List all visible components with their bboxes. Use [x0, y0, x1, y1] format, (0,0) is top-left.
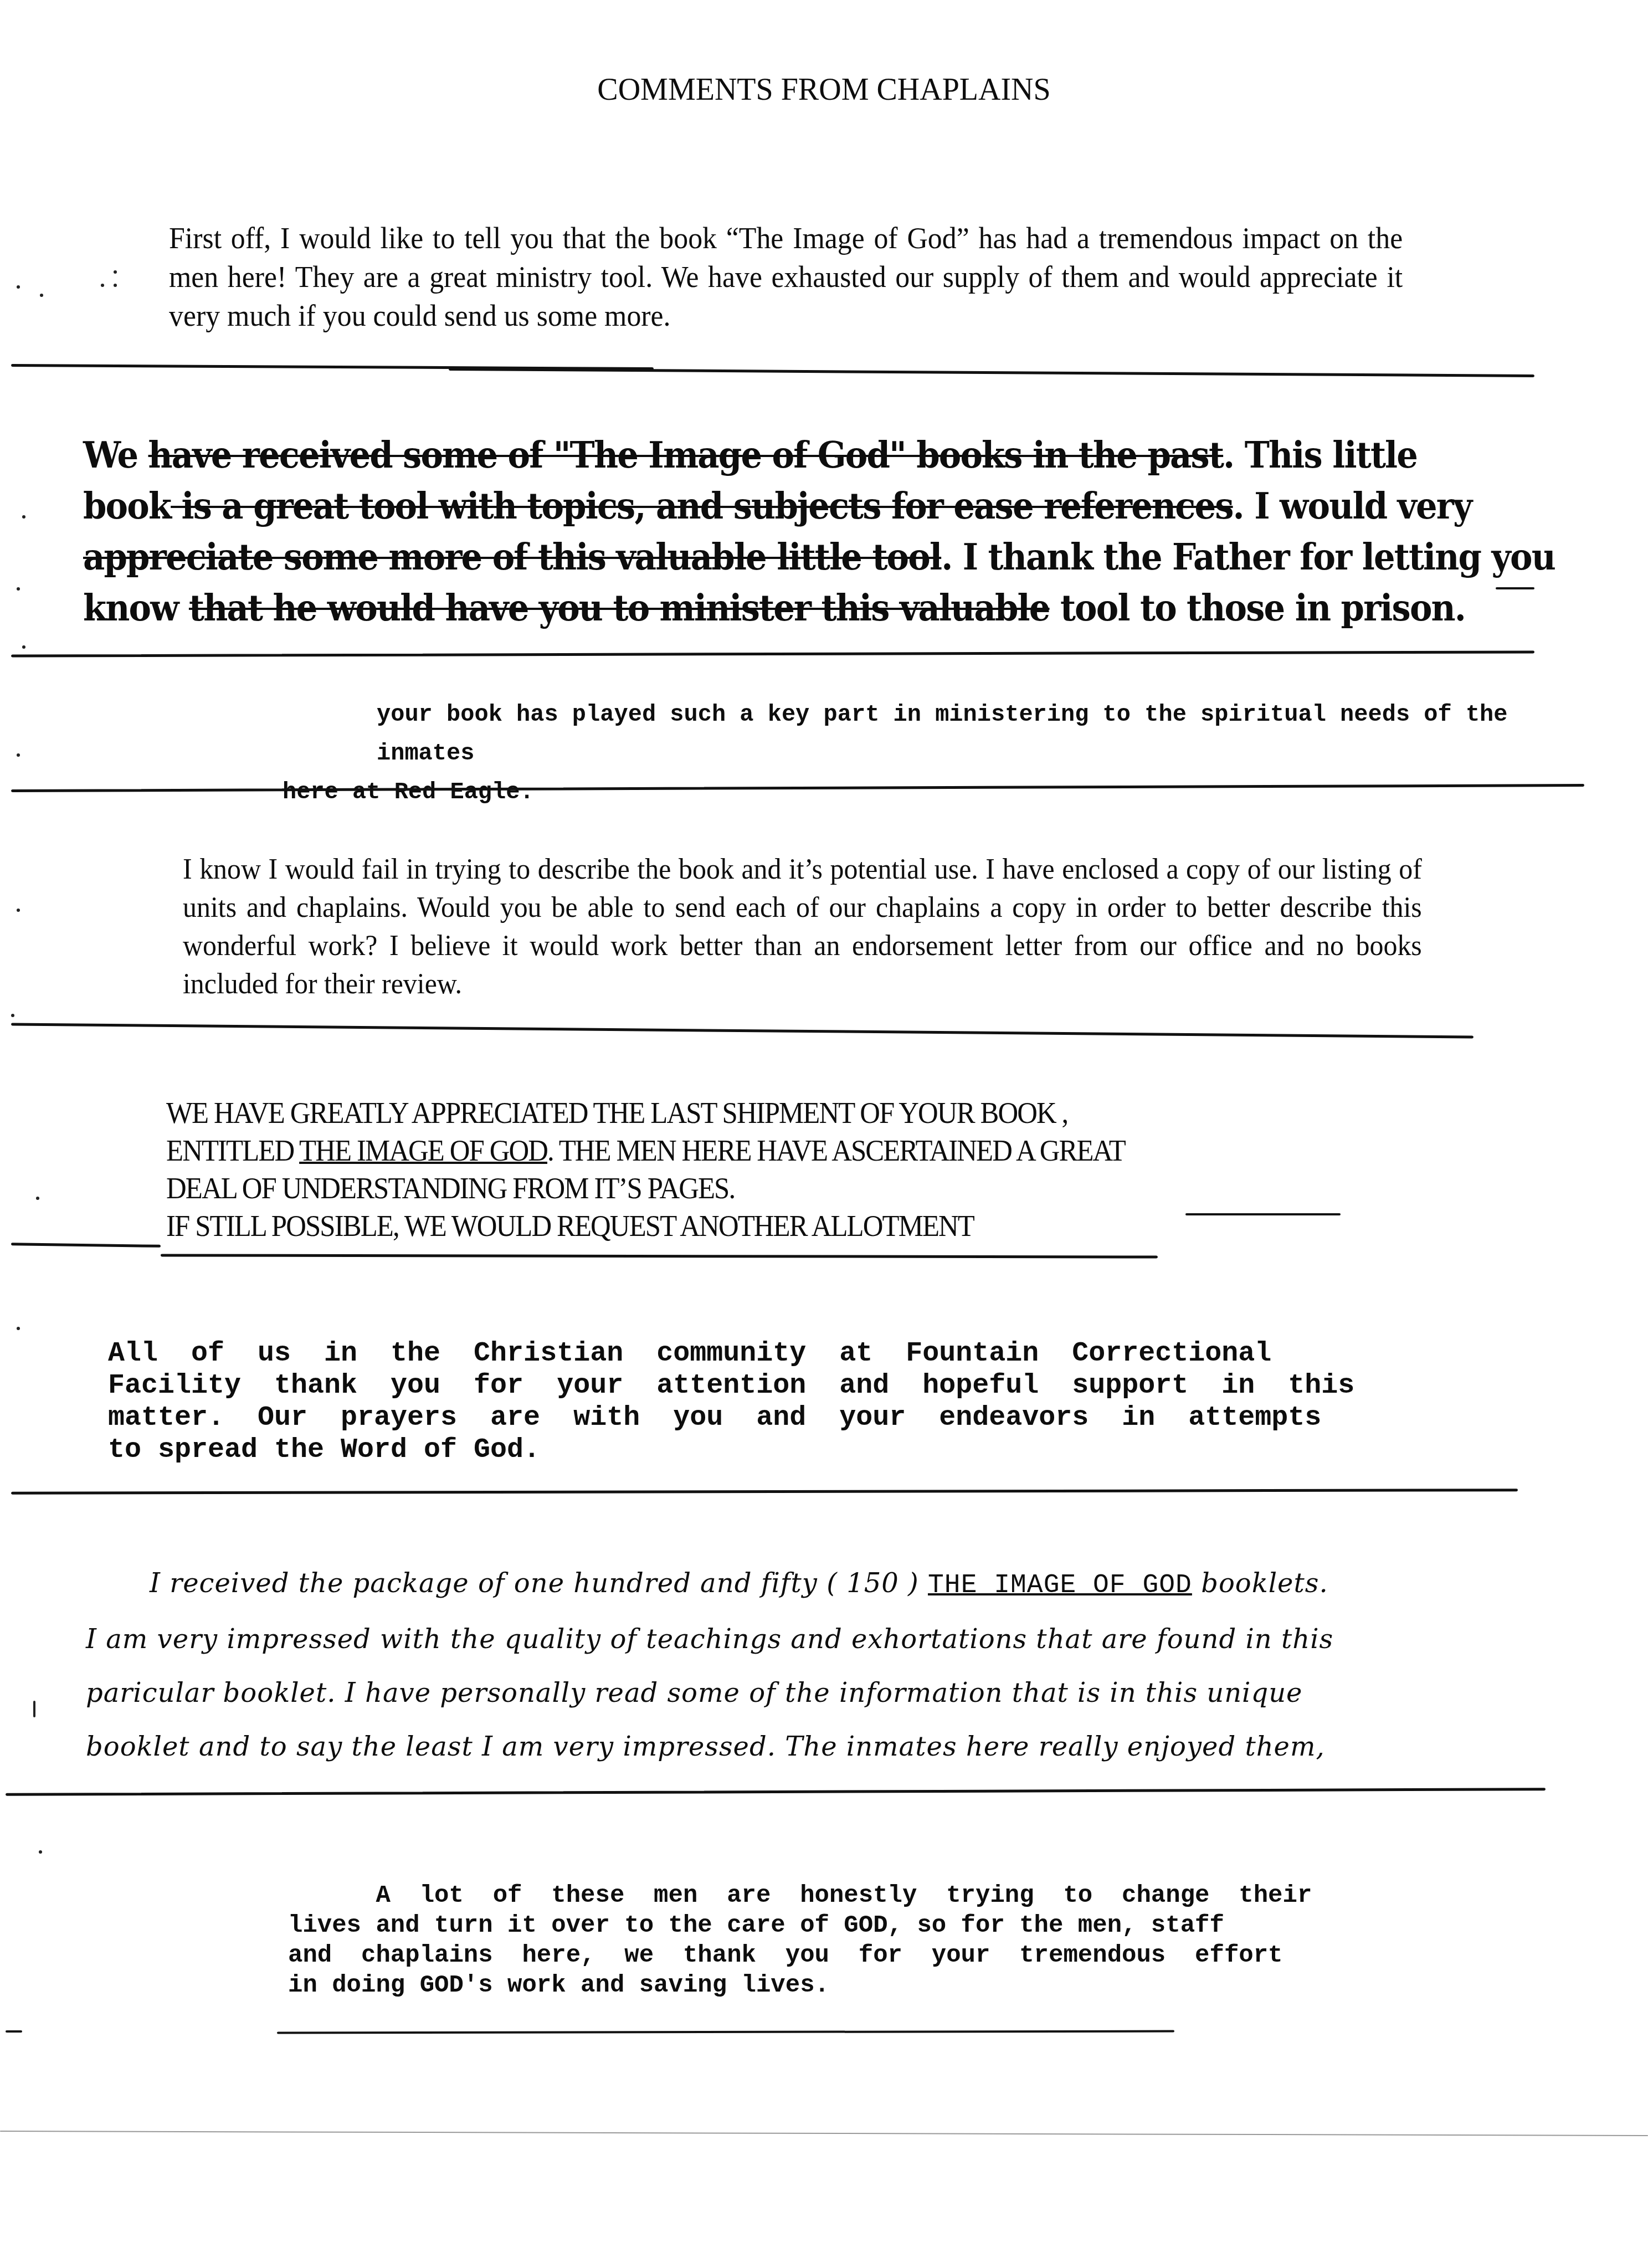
separator-line — [161, 1254, 1158, 1258]
book-title-underlined: THE IMAGE OF GOD — [299, 1134, 547, 1167]
book-title-underlined: THE IMAGE OF GOD — [928, 1571, 1192, 1600]
text-segment: . This little — [1223, 433, 1417, 476]
comment-2: We have received some of "The Image of G… — [83, 429, 1398, 633]
comment-6-line: to spread the Word of God. — [108, 1434, 1449, 1466]
scan-speck — [36, 1197, 39, 1200]
text-segment: . I would very — [1233, 484, 1472, 527]
text-segment: We — [83, 433, 148, 476]
scan-speck — [114, 270, 117, 274]
scan-speck — [17, 909, 20, 912]
comment-8-line: in doing GOD's work and saving lives. — [288, 1971, 1518, 2000]
comment-2-line: know that he would have you to minister … — [83, 582, 1398, 633]
separator-line — [11, 1243, 161, 1248]
text-segment: book — [83, 484, 171, 527]
scan-speck — [22, 645, 25, 649]
page-title: COMMENTS FROM CHAPLAINS — [0, 72, 1648, 107]
separator-line — [277, 2030, 1174, 2034]
separator-line — [11, 1023, 1474, 1038]
text-segment: I received the package of one hundred an… — [150, 1568, 928, 1599]
comment-7-line: I am very impressed with the quality of … — [86, 1613, 1526, 1666]
comment-5-line: IF STILL POSSIBLE, WE WOULD REQUEST ANOT… — [166, 1207, 1364, 1245]
comment-6: All of us in the Christian community at … — [108, 1338, 1449, 1466]
comment-8: A lot of these men are honestly trying t… — [288, 1881, 1518, 2000]
comment-6-line: Facility thank you for your attention an… — [108, 1370, 1449, 1402]
scan-speck — [114, 284, 117, 287]
text-segment: know — [83, 586, 189, 629]
scan-speck — [33, 1701, 35, 1717]
comment-4: I know I would fail in trying to describ… — [183, 850, 1422, 1003]
scan-speck — [11, 1014, 14, 1017]
struck-text-segment: appreciate some more of this valuable li… — [83, 535, 941, 578]
comment-5-line: DEAL OF UNDERSTANDING FROM IT’S PAGES. — [166, 1169, 1364, 1207]
struck-text-segment: is a great tool with topics, and subject… — [171, 484, 1233, 527]
comment-2-line: We have received some of "The Image of G… — [83, 429, 1398, 480]
comment-8-line: A lot of these men are honestly trying t… — [288, 1881, 1518, 1911]
separator-line — [11, 650, 1534, 657]
comment-7: I received the package of one hundred an… — [86, 1557, 1526, 1774]
scan-speck — [39, 1850, 42, 1854]
comment-5-line: WE HAVE GREATLY APPRECIATED THE LAST SHI… — [166, 1094, 1364, 1132]
comment-6-line: All of us in the Christian community at … — [108, 1338, 1449, 1370]
scanned-document-page: COMMENTS FROM CHAPLAINS First off, I wou… — [0, 0, 1648, 2268]
separator-line — [6, 2030, 22, 2033]
comment-7-line: booklet and to say the least I am very i… — [86, 1720, 1526, 1774]
scan-speck — [17, 1327, 20, 1330]
page-edge-line — [0, 2131, 1648, 2136]
comment-7-line: paricular booklet. I have personally rea… — [86, 1666, 1526, 1720]
separator-line — [11, 1489, 1518, 1495]
scan-speck — [17, 587, 20, 591]
comment-8-line: lives and turn it over to the care of GO… — [288, 1911, 1518, 1941]
comment-5-line: ENTITLED THE IMAGE OF GOD. THE MEN HERE … — [166, 1132, 1364, 1169]
text-segment: booklets. — [1192, 1568, 1328, 1599]
comment-2-line: appreciate some more of this valuable li… — [83, 531, 1398, 582]
comment-6-line: matter. Our prayers are with you and you… — [108, 1402, 1449, 1434]
comment-3-line: here at Red Eagle. — [283, 779, 534, 805]
comment-2-line: book is a great tool with topics, and su… — [83, 480, 1398, 531]
comment-1: First off, I would like to tell you that… — [169, 219, 1403, 335]
comment-3: your book has played such a key part in … — [283, 695, 1534, 812]
struck-text-segment: have received some of "The Image of God"… — [148, 433, 1224, 476]
text-segment: . I thank the Father for letting you — [941, 535, 1555, 578]
text-segment: . THE MEN HERE HAVE ASCERTAINED A GREAT — [547, 1134, 1125, 1167]
comment-3-line: your book has played such a key part in … — [283, 695, 1534, 773]
separator-line — [1185, 1213, 1341, 1215]
scan-speck — [17, 285, 20, 289]
scan-speck — [101, 284, 104, 287]
comment-4-text: I know I would fail in trying to describ… — [183, 850, 1422, 1003]
comment-7-line: I received the package of one hundred an… — [86, 1557, 1526, 1613]
comment-5: WE HAVE GREATLY APPRECIATED THE LAST SHI… — [166, 1094, 1364, 1245]
separator-line — [449, 368, 1534, 377]
struck-text-segment: that he would have you to minister this … — [189, 586, 1050, 629]
scan-speck — [40, 294, 43, 297]
scan-speck — [17, 753, 20, 757]
comment-8-line: and chaplains here, we thank you for you… — [288, 1941, 1518, 1971]
scan-speck — [22, 515, 25, 519]
text-segment: ENTITLED — [166, 1134, 299, 1167]
comment-1-text: First off, I would like to tell you that… — [169, 219, 1403, 335]
text-segment: tool to those in prison. — [1050, 586, 1466, 629]
separator-line — [1496, 587, 1534, 589]
separator-line — [6, 1788, 1546, 1796]
